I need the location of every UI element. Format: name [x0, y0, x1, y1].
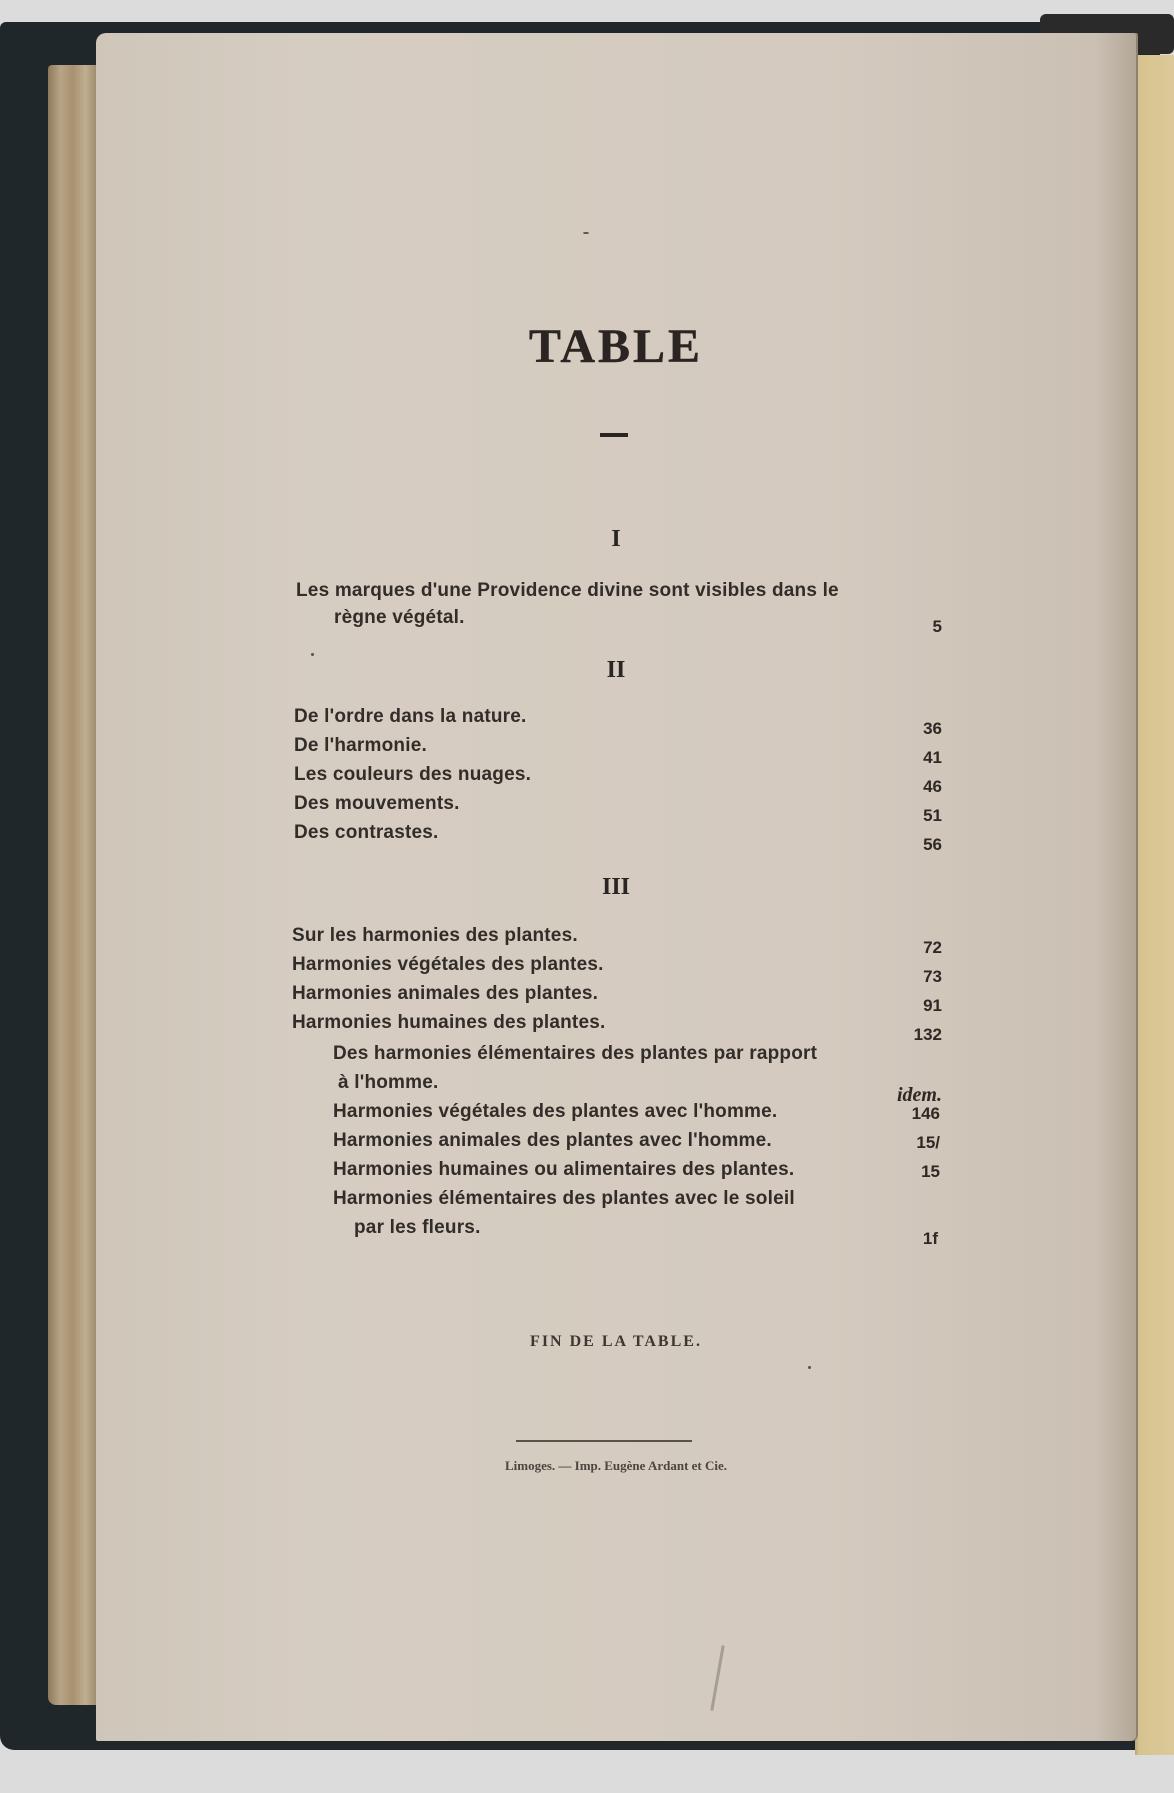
toc-subentry: Harmonies élémentaires des plantes avec …: [333, 1188, 795, 1210]
toc-page-number: 15: [880, 1162, 940, 1182]
toc-entry: Sur les harmonies des plantes.: [292, 925, 578, 947]
ink-speck: [583, 232, 589, 234]
toc-page-number: 72: [882, 938, 942, 958]
toc-page-number: 46: [882, 777, 942, 797]
toc-subentry-continuation: à l'homme.: [338, 1072, 439, 1094]
title-rule: [600, 433, 628, 437]
table-of-contents-page: TABLE I Les marques d'une Providence div…: [96, 33, 1136, 1741]
toc-entry: Harmonies animales des plantes.: [292, 983, 598, 1005]
toc-page-number: 146: [880, 1104, 940, 1124]
pencil-mark: [710, 1645, 724, 1711]
page-edges: [48, 65, 98, 1705]
toc-page-number: 132: [882, 1025, 942, 1045]
toc-entry: Harmonies humaines des plantes.: [292, 1012, 605, 1034]
toc-page-number: 91: [882, 996, 942, 1016]
toc-page-number: 1f: [878, 1229, 938, 1249]
ink-speck: [311, 653, 314, 656]
toc-page-number: 41: [882, 748, 942, 768]
toc-subentry: Harmonies humaines ou alimentaires des p…: [333, 1159, 794, 1181]
toc-page-number: 36: [882, 719, 942, 739]
section-heading-i: I: [96, 526, 1136, 553]
end-of-table-label: FIN DE LA TABLE.: [96, 1333, 1136, 1351]
toc-page-number: 51: [882, 806, 942, 826]
toc-page-number: 73: [882, 967, 942, 987]
toc-page-number: 56: [882, 835, 942, 855]
toc-page-number: 15/: [880, 1133, 940, 1153]
toc-entry: De l'ordre dans la nature.: [294, 706, 527, 728]
printer-imprint: Limoges. — Imp. Eugène Ardant et Cie.: [96, 1458, 1136, 1474]
yellow-endpaper: [1135, 55, 1174, 1755]
section-heading-iii: III: [96, 874, 1136, 901]
toc-subentry: Des harmonies élémentaires des plantes p…: [333, 1043, 817, 1065]
section-heading-ii: II: [96, 657, 1136, 684]
toc-page-number: 5: [882, 617, 942, 637]
toc-entry: Les couleurs des nuages.: [294, 764, 531, 786]
toc-entry: Les marques d'une Providence divine sont…: [296, 580, 839, 602]
toc-entry: Harmonies végétales des plantes.: [292, 954, 604, 976]
toc-entry: Des mouvements.: [294, 793, 460, 815]
toc-entry: Des contrastes.: [294, 822, 439, 844]
toc-entry-continuation: règne végétal.: [334, 607, 465, 629]
toc-subentry: Harmonies végétales des plantes avec l'h…: [333, 1101, 777, 1123]
toc-subentry-continuation: par les fleurs.: [354, 1217, 481, 1239]
ink-speck: [808, 1366, 811, 1369]
imprint-rule: [516, 1440, 692, 1442]
toc-subentry: Harmonies animales des plantes avec l'ho…: [333, 1130, 772, 1152]
page-title: TABLE: [96, 319, 1136, 374]
toc-entry: De l'harmonie.: [294, 735, 427, 757]
